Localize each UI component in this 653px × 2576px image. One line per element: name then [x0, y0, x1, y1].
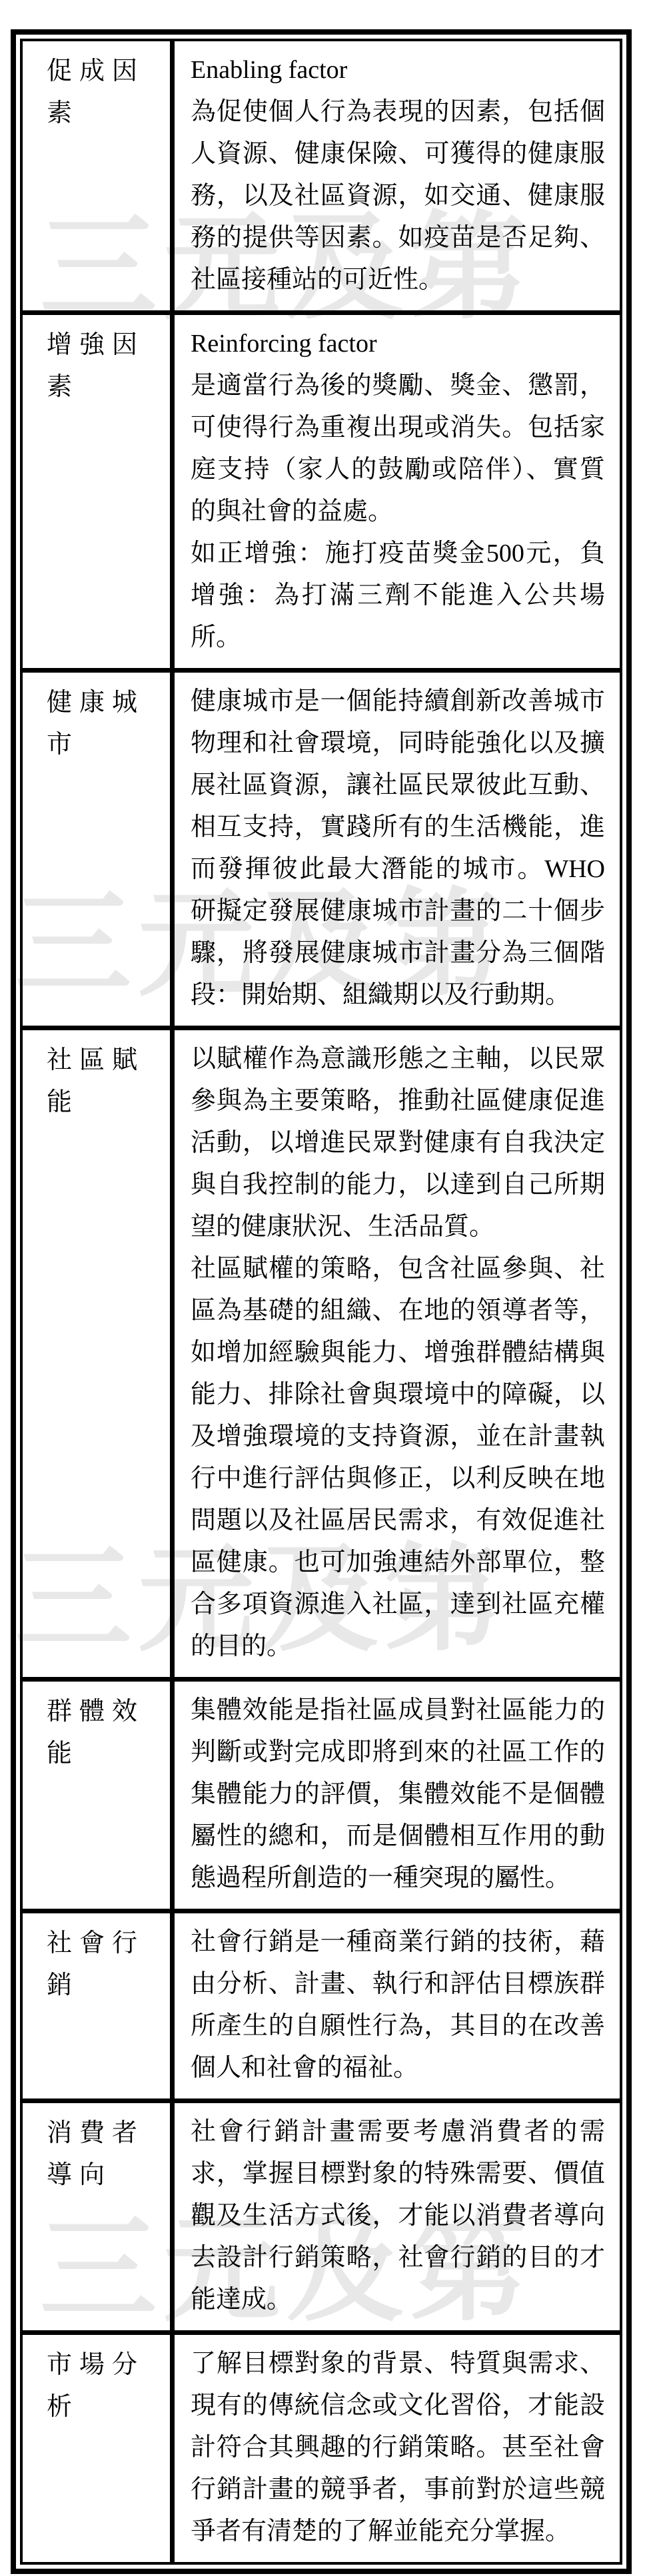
definition-cell: 了解目標對象的背景、特質與需求、現有的傳統信念或文化習俗，才能設計符合其興趣的行…	[175, 2335, 620, 2562]
definition-cell: 以賦權作為意識形態之主軸，以民眾參與為主要策略，推動社區健康促進活動，以增進民眾…	[175, 1030, 620, 1677]
table-row: 增強因素Reinforcing factor是適當行為後的獎勵、獎金、懲罰，可使…	[23, 315, 620, 673]
definition-paragraph: 社區賦權的策略，包含社區參與、社區為基礎的組織、在地的領導者等，如增加經驗與能力…	[191, 1248, 605, 1668]
definition-paragraph: 集體效能是指社區成員對社區能力的判斷或對完成即將到來的社區工作的集體能力的評價，…	[191, 1690, 605, 1899]
definition-paragraph: 是適當行為後的獎勵、獎金、懲罰，可使得行為重複出現或消失。包括家庭支持（家人的鼓…	[191, 365, 605, 533]
table-row: 群體效能集體效能是指社區成員對社區能力的判斷或對完成即將到來的社區工作的集體能力…	[23, 1682, 620, 1913]
definition-cell: Reinforcing factor是適當行為後的獎勵、獎金、懲罰，可使得行為重…	[175, 315, 620, 668]
term-cell: 社會行銷	[23, 1913, 175, 2098]
term-cell: 社區賦能	[23, 1030, 175, 1677]
table-row: 社會行銷社會行銷是一種商業行銷的技術，藉由分析、計畫、執行和評估目標族群所產生的…	[23, 1913, 620, 2103]
term-cell: 群體效能	[23, 1682, 175, 1909]
term-cell: 市場分析	[23, 2335, 175, 2562]
table-row: 市場分析了解目標對象的背景、特質與需求、現有的傳統信念或文化習俗，才能設計符合其…	[23, 2335, 620, 2562]
definition-paragraph: 健康城市是一個能持續創新改善城市物理和社會環境，同時能強化以及擴展社區資源，讓社…	[191, 681, 605, 1016]
definition-paragraph: 社會行銷是一種商業行銷的技術，藉由分析、計畫、執行和評估目標族群所產生的自願性行…	[191, 1921, 605, 2089]
term-cell: 促成因素	[23, 41, 175, 310]
term-cell: 增強因素	[23, 315, 175, 668]
definition-paragraph: Enabling factor	[191, 49, 605, 91]
definition-cell: 健康城市是一個能持續創新改善城市物理和社會環境，同時能強化以及擴展社區資源，讓社…	[175, 673, 620, 1026]
table-row: 健康城市健康城市是一個能持續創新改善城市物理和社會環境，同時能強化以及擴展社區資…	[23, 673, 620, 1030]
definition-cell: Enabling factor為促使個人行為表現的因素，包括個人資源、健康保險、…	[175, 41, 620, 310]
glossary-table-grid: 促成因素Enabling factor為促使個人行為表現的因素，包括個人資源、健…	[20, 39, 622, 2565]
definition-paragraph: 社會行銷計畫需要考慮消費者的需求，掌握目標對象的特殊需要、價值觀及生活方式後，才…	[191, 2111, 605, 2321]
table-row: 促成因素Enabling factor為促使個人行為表現的因素，包括個人資源、健…	[23, 41, 620, 315]
definition-paragraph: Reinforcing factor	[191, 323, 605, 365]
definition-paragraph: 以賦權作為意識形態之主軸，以民眾參與為主要策略，推動社區健康促進活動，以增進民眾…	[191, 1038, 605, 1248]
definition-cell: 集體效能是指社區成員對社區能力的判斷或對完成即將到來的社區工作的集體能力的評價，…	[175, 1682, 620, 1909]
definition-paragraph: 如正增強：施打疫苗獎金500元，負增強：為打滿三劑不能進入公共場所。	[191, 533, 605, 659]
definition-cell: 社會行銷是一種商業行銷的技術，藉由分析、計畫、執行和評估目標族群所產生的自願性行…	[175, 1913, 620, 2098]
definition-paragraph: 了解目標對象的背景、特質與需求、現有的傳統信念或文化習俗，才能設計符合其興趣的行…	[191, 2343, 605, 2553]
table-row: 消費者導向社會行銷計畫需要考慮消費者的需求，掌握目標對象的特殊需要、價值觀及生活…	[23, 2103, 620, 2335]
definition-cell: 社會行銷計畫需要考慮消費者的需求，掌握目標對象的特殊需要、價值觀及生活方式後，才…	[175, 2103, 620, 2330]
glossary-table: 促成因素Enabling factor為促使個人行為表現的因素，包括個人資源、健…	[11, 29, 632, 2574]
term-cell: 消費者導向	[23, 2103, 175, 2330]
table-row: 社區賦能以賦權作為意識形態之主軸，以民眾參與為主要策略，推動社區健康促進活動，以…	[23, 1030, 620, 1682]
term-cell: 健康城市	[23, 673, 175, 1026]
definition-paragraph: 為促使個人行為表現的因素，包括個人資源、健康保險、可獲得的健康服務，以及社區資源…	[191, 91, 605, 301]
